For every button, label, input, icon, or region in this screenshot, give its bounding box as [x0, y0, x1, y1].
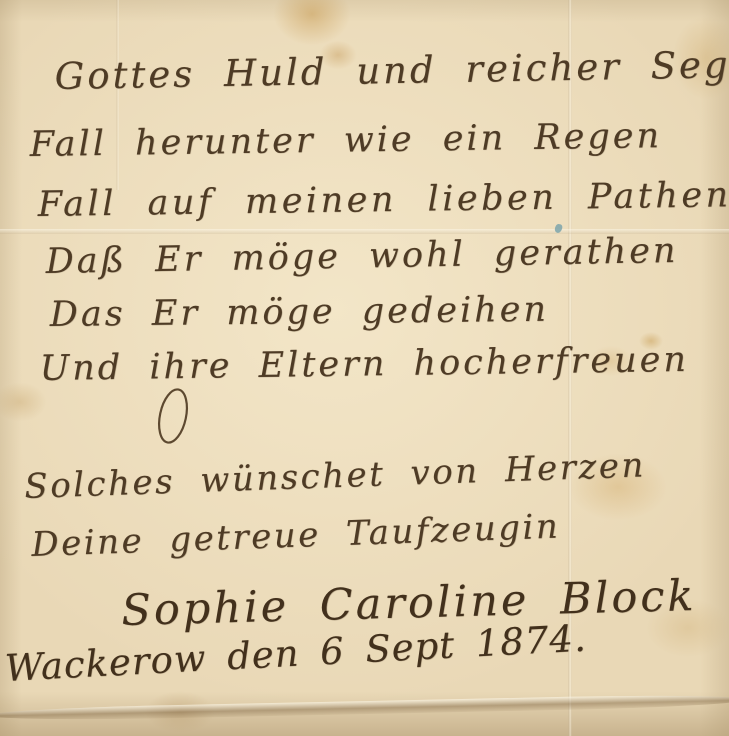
poem-line-1: Gottes Huld und reicher Segen,: [54, 45, 729, 95]
poem-line-2: Fall herunter wie ein Regen: [30, 119, 663, 163]
closing-line-2: Deine getreue Taufzeugin: [31, 510, 561, 562]
poem-line-4: Daß Er möge wohl gerathen: [45, 234, 678, 280]
flourish-loop-icon: [152, 385, 194, 447]
poem-line-6: Und ihre Eltern hocherfreuen: [40, 343, 690, 387]
letter-page: Gottes Huld und reicher Segen, Fall heru…: [0, 0, 729, 736]
closing-line-1: Solches wünschet von Herzen: [24, 448, 646, 504]
poem-line-3: Fall auf meinen lieben Pathen: [38, 178, 729, 223]
poem-line-5: Das Er möge gedeihen: [50, 293, 549, 333]
fold-crease-bottom: [0, 693, 729, 722]
signature: Sophie Caroline Block: [121, 575, 697, 633]
